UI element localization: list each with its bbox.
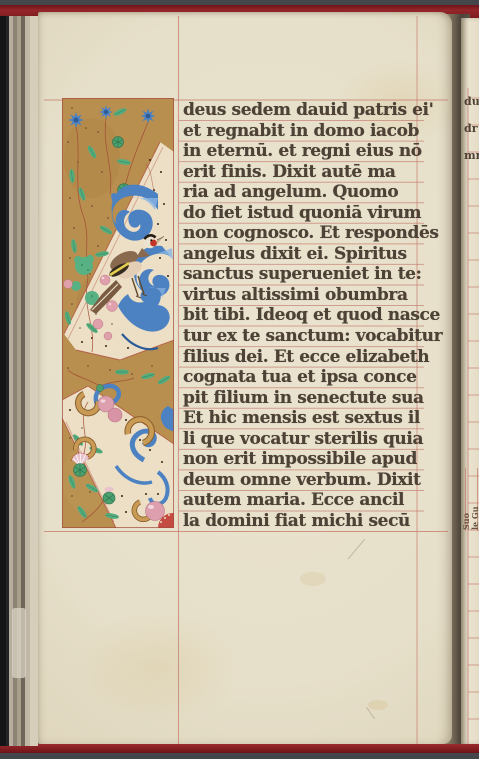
text-line: do fiet istud quoniā virum (183, 203, 437, 224)
manuscript-photo: deus sedem dauid patris ei'et regnabit i… (0, 0, 479, 759)
facing-page-line-fragment: dui (464, 88, 479, 115)
book-binding-bottom-edge (0, 744, 479, 753)
text-line: tur ex te sanctum: vocabitur (183, 326, 437, 347)
text-line: bit tibi. Ideoq et quod nasce (183, 305, 437, 326)
text-line: la domini fiat michi secū (183, 511, 437, 532)
text-line: li que vocatur sterilis quia (183, 429, 437, 450)
text-line: Et hic mensis est sextus il (183, 408, 437, 429)
parchment-stain (368, 700, 388, 710)
rotated-note-word: le Gu (471, 470, 479, 530)
text-line: cognata tua et ipsa conce (183, 367, 437, 388)
text-line: in eternū. et regni eius nō (183, 141, 437, 162)
text-line: non erit impossibile apud (183, 449, 437, 470)
rotated-note-word: Suo (462, 470, 470, 530)
text-line: angelus dixit ei. Spiritus (183, 244, 437, 265)
scratch-mark (366, 707, 375, 719)
text-line: et regnabit in domo iacob (183, 121, 437, 142)
text-line: pit filium in senectute sua (183, 388, 437, 409)
text-line: erit finis. Dixit autē ma (183, 162, 437, 183)
text-line: deus sedem dauid patris ei' (183, 100, 437, 121)
facing-page-text-fragments: duidrmr i (464, 88, 479, 169)
parchment-stain (300, 572, 326, 586)
illuminated-border (62, 98, 174, 528)
scratch-mark (348, 539, 365, 560)
latin-text-block: deus sedem dauid patris ei'et regnabit i… (183, 100, 437, 531)
facing-page-line-fragment: mr i (464, 142, 479, 169)
text-line: autem maria. Ecce ancil (183, 490, 437, 511)
text-line: non cognosco. Et respondēs (183, 223, 437, 244)
text-line: ria ad angelum. Quomo (183, 182, 437, 203)
text-line: virtus altissimi obumbra (183, 285, 437, 306)
page-edge-highlight (12, 608, 26, 678)
rotated-marginal-note: Suole Gu (462, 470, 479, 530)
text-line: deum omne verbum. Dixit (183, 470, 437, 491)
text-line: filius dei. Et ecce elizabeth (183, 347, 437, 368)
gutter-page-edges (0, 16, 38, 746)
text-line: sanctus superueniet in te: (183, 264, 437, 285)
facing-page-line-fragment: dr (464, 115, 479, 142)
